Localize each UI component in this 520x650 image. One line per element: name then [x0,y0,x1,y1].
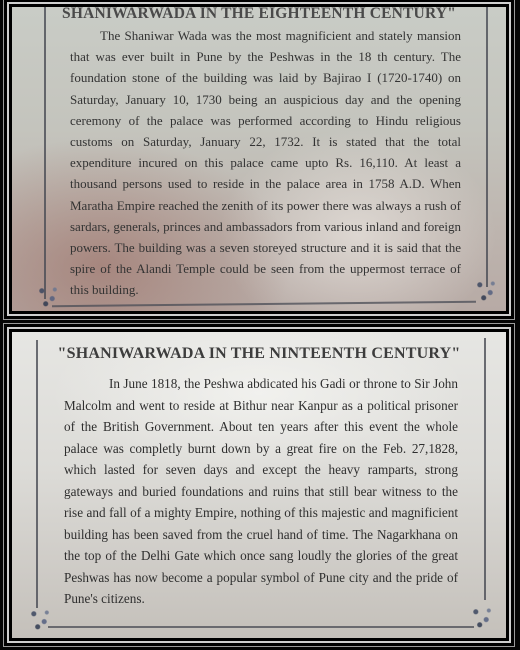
right-border-rule [486,7,488,287]
bottom-border-rule [52,301,476,307]
ornament-corner-icon [468,604,494,630]
nineteenth-century-plaque-frame: "SHANIWARWADA IN THE NINTEENTH CENTURY" … [7,327,511,643]
eighteenth-century-plaque-frame: SHANIWARWADA IN THE EIGHTEENTH CENTURY" … [7,2,511,316]
nineteenth-century-plaque: "SHANIWARWADA IN THE NINTEENTH CENTURY" … [12,332,506,638]
eighteenth-century-plaque: SHANIWARWADA IN THE EIGHTEENTH CENTURY" … [12,7,506,311]
plaque-title: "SHANIWARWADA IN THE NINTEENTH CENTURY" [12,345,506,363]
ornament-corner-icon [26,606,52,632]
left-border-rule [44,7,46,299]
bottom-border-rule [48,626,474,628]
plaque-title: SHANIWARWADA IN THE EIGHTEENTH CENTURY" [12,7,506,23]
left-border-rule [36,340,38,608]
plaque-paragraph: The Shaniwar Wada was the most magnifici… [70,25,461,301]
ornament-corner-icon [34,283,60,309]
plaque-paragraph: In June 1818, the Peshwa abdicated his G… [64,373,458,610]
ornament-corner-icon [472,277,498,303]
right-border-rule [484,338,486,600]
